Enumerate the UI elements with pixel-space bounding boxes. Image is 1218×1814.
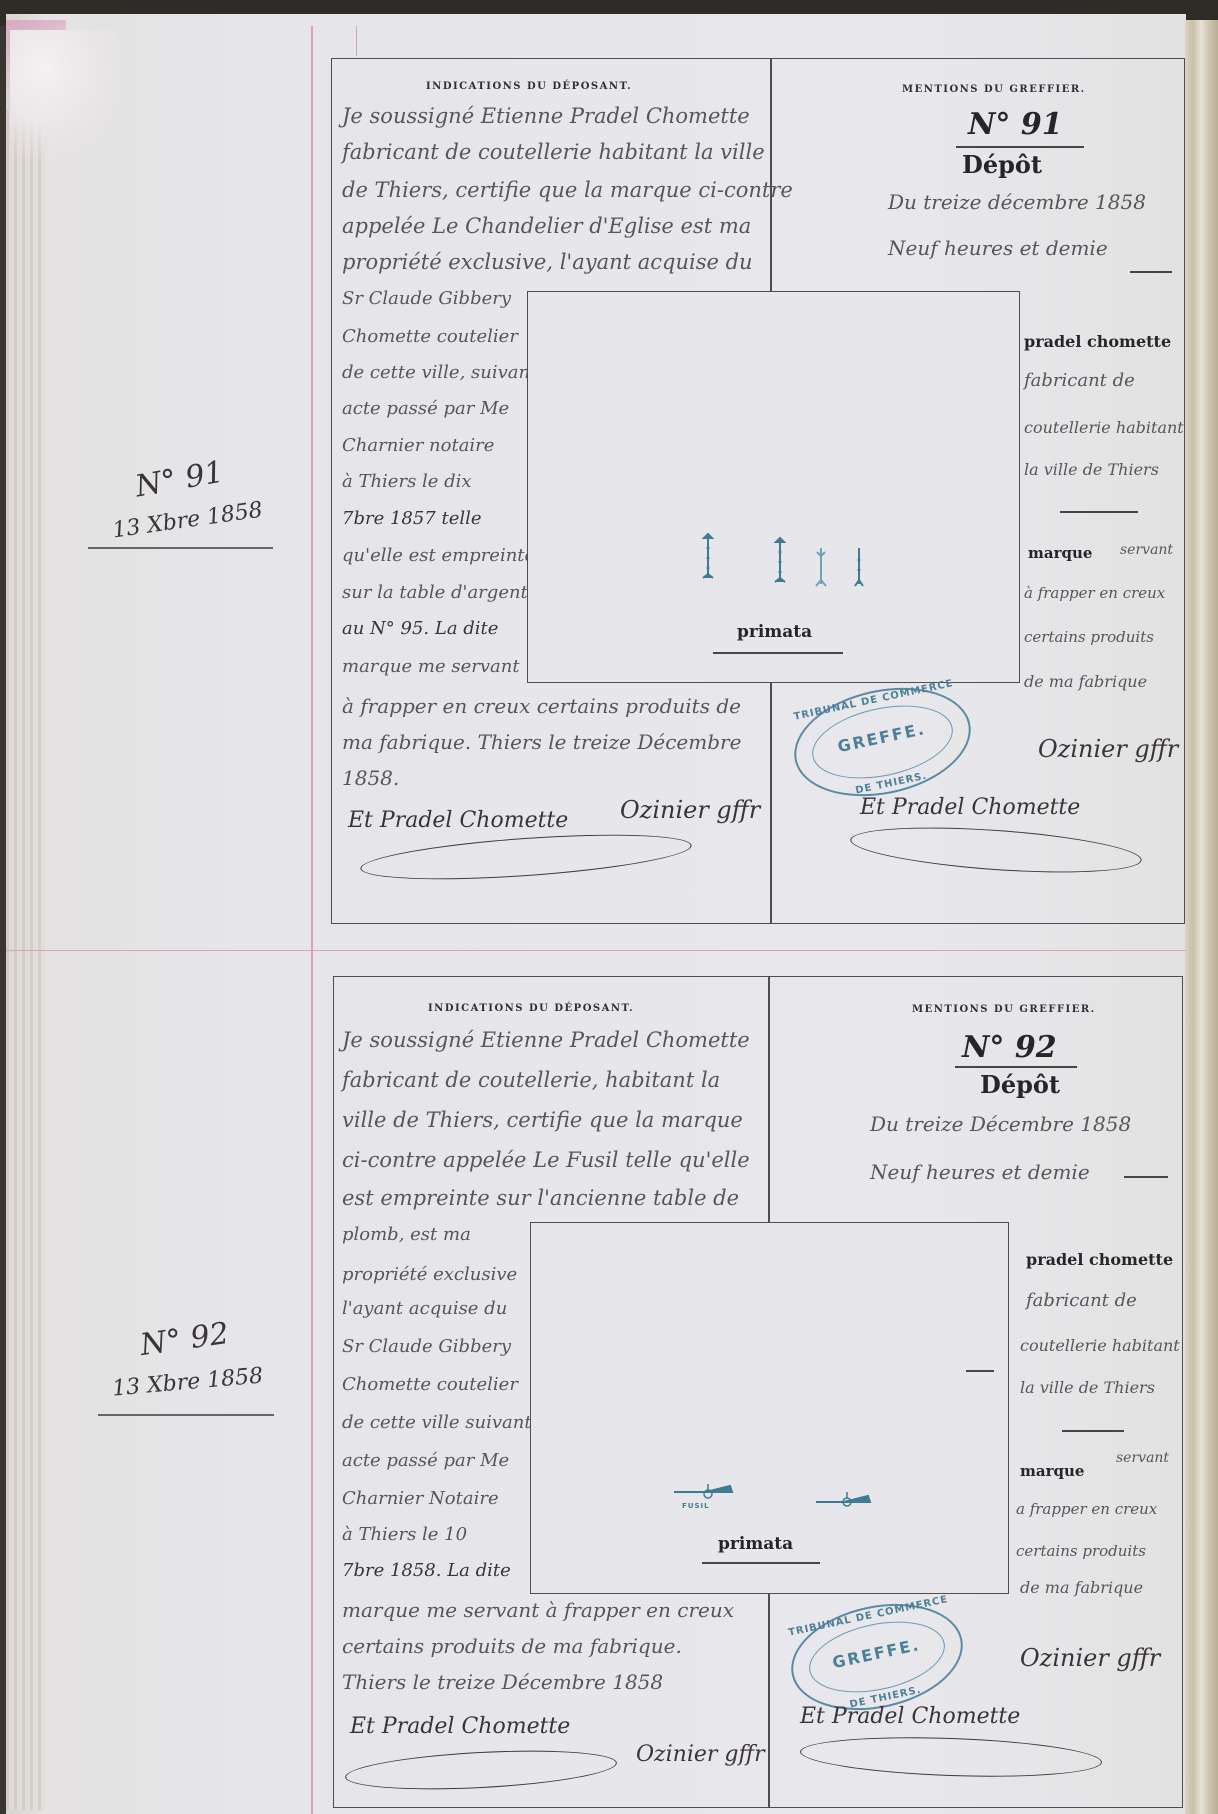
greffier-date-line: Du treize Décembre 1858 <box>870 1112 1131 1136</box>
depositant-line: fabricant de coutellerie habitant la vil… <box>342 140 765 164</box>
greffier-depositor-line: fabricant de <box>1024 370 1135 391</box>
margin-underline <box>88 547 273 549</box>
depositant-line: Sr Claude Gibbery <box>342 288 511 309</box>
greffier-header: MENTIONS DU GREFFIER. <box>902 84 1086 95</box>
depositant-line: Chomette coutelier <box>342 326 518 347</box>
greffier-depositor-line: coutellerie habitant <box>1020 1336 1180 1355</box>
depositant-line: à Thiers le 10 <box>342 1524 467 1545</box>
depositant-line: qu'elle est empreinte <box>342 545 535 566</box>
depositant-line: de Thiers, certifie que la marque ci-con… <box>342 178 793 202</box>
depositant-line: marque me servant <box>342 656 520 677</box>
greffier-depositor-line: fabricant de <box>1026 1290 1137 1311</box>
margin-rule-tick <box>356 26 357 56</box>
greffier-mark-label: marque <box>1020 1462 1084 1480</box>
page-edges-left <box>6 110 46 1810</box>
depositant-signature: Et Pradel Chomette <box>350 1714 570 1739</box>
greffier-depositor-line: coutellerie habitant <box>1024 418 1184 437</box>
depositant-header: INDICATIONS DU DÉPOSANT. <box>428 1003 634 1014</box>
depositant-line: Thiers le treize Décembre 1858 <box>342 1670 663 1694</box>
candlestick-mark-icon <box>700 532 716 582</box>
depositant-line: Je soussigné Etienne Pradel Chomette <box>342 1028 750 1052</box>
mark-name: primata <box>718 1534 793 1554</box>
greffier-mark-line: servant <box>1120 542 1173 558</box>
greffier-signature-left: Ozinier gffr <box>620 796 760 824</box>
depositant-line: est empreinte sur l'ancienne table de <box>342 1186 739 1210</box>
depositant-line: acte passé par Me <box>342 1450 509 1471</box>
depositant-line: Sr Claude Gibbery <box>342 1336 511 1357</box>
greffier-mark-line: a frapper en creux <box>1016 1500 1157 1518</box>
mark-caption: FUSIL <box>682 1502 710 1510</box>
depositant-line: 7bre 1857 telle <box>342 508 482 529</box>
depositant-line: ville de Thiers, certifie que la marque <box>342 1108 743 1132</box>
greffier-section-rule <box>1060 511 1138 513</box>
greffier-depositor-signature: Et Pradel Chomette <box>800 1704 1020 1729</box>
depositant-signature: Et Pradel Chomette <box>348 808 568 833</box>
depositant-line: propriété exclusive <box>342 1264 517 1285</box>
depositant-line: Je soussigné Etienne Pradel Chomette <box>342 104 750 128</box>
greffier-signature-left: Ozinier gffr <box>636 1742 765 1767</box>
depositant-line: de cette ville, suivant <box>342 362 537 383</box>
greffier-depositor-name: pradel chomette <box>1026 1250 1173 1269</box>
greffier-depositor-name: pradel chomette <box>1024 332 1171 351</box>
greffier-depositor-signature: Et Pradel Chomette <box>860 795 1080 820</box>
gun-mark-icon <box>814 1490 874 1508</box>
depositant-line: au N° 95. La dite <box>342 618 498 639</box>
margin-underline <box>98 1414 274 1416</box>
greffier-time-rule <box>1124 1176 1168 1178</box>
depositant-line: certains produits de ma fabrique. <box>342 1634 682 1658</box>
depositant-line: ma fabrique. Thiers le treize Décembre <box>342 730 741 754</box>
greffier-time-rule <box>1130 271 1172 273</box>
depositant-line: Chomette coutelier <box>342 1374 518 1395</box>
greffier-date-line: Du treize décembre 1858 <box>888 190 1146 214</box>
candlestick-mark-icon <box>852 546 866 588</box>
candlestick-mark-icon <box>813 546 829 588</box>
greffier-mark-label: marque <box>1028 544 1092 562</box>
depositant-line: sur la table d'argent <box>342 582 528 603</box>
gun-mark-icon <box>672 1482 736 1500</box>
depositant-line: acte passé par Me <box>342 398 509 419</box>
greffier-header: MENTIONS DU GREFFIER. <box>912 1004 1096 1015</box>
depositant-line: marque me servant à frapper en creux <box>342 1598 734 1622</box>
depositant-header: INDICATIONS DU DÉPOSANT. <box>426 81 632 92</box>
greffier-time-line: Neuf heures et demie <box>888 236 1108 260</box>
depositant-line: appelée Le Chandelier d'Eglise est ma <box>342 214 751 238</box>
greffier-signature: Ozinier gffr <box>1038 735 1178 763</box>
depositant-line: ci-contre appelée Le Fusil telle qu'elle <box>342 1148 750 1172</box>
candlestick-mark-icon <box>772 536 788 586</box>
depositant-line: fabricant de coutellerie, habitant la <box>342 1068 720 1092</box>
depositant-line: 7bre 1858. La dite <box>342 1560 511 1581</box>
greffier-section-rule <box>1062 1430 1124 1432</box>
depositant-line: l'ayant acquise du <box>342 1298 507 1319</box>
greffier-mark-line: à frapper en creux <box>1024 584 1165 602</box>
greffier-mark-line: certains produits <box>1016 1542 1146 1560</box>
mark-name-underline <box>702 1562 820 1564</box>
depositant-line: à Thiers le dix <box>342 471 472 492</box>
depositant-line: Charnier Notaire <box>342 1488 499 1509</box>
greffier-depot-title: Dépôt <box>962 150 1042 179</box>
depositant-line: à frapper en creux certains produits de <box>342 694 741 718</box>
greffier-number-rule <box>956 146 1084 148</box>
greffier-midline-tick <box>966 1370 994 1372</box>
greffier-mark-line: certains produits <box>1024 628 1154 646</box>
greffier-time-line: Neuf heures et demie <box>870 1160 1090 1184</box>
greffier-number-rule <box>955 1066 1077 1068</box>
book-binding-right <box>1185 20 1218 1814</box>
corner-stain <box>10 30 120 160</box>
mark-name: primata <box>737 622 812 642</box>
greffier-depositor-line: la ville de Thiers <box>1024 460 1159 479</box>
depositant-line: Charnier notaire <box>342 435 494 456</box>
mark-name-underline <box>713 652 843 654</box>
greffier-depot-title: Dépôt <box>980 1070 1060 1099</box>
greffier-mark-line: de ma fabrique <box>1020 1578 1143 1597</box>
greffier-signature: Ozinier gffr <box>1020 1644 1160 1672</box>
greffier-mark-line: de ma fabrique <box>1024 672 1147 691</box>
depositant-line: plomb, est ma <box>342 1224 471 1245</box>
greffier-depositor-line: la ville de Thiers <box>1020 1378 1155 1397</box>
greffier-mark-line: servant <box>1116 1450 1169 1466</box>
depositant-line: 1858. <box>342 766 399 790</box>
greffier-entry-number: N° 92 <box>962 1030 1057 1065</box>
depositant-line: de cette ville suivant <box>342 1412 532 1433</box>
entry-separator-rule <box>6 950 1186 951</box>
margin-rule-vertical <box>311 26 313 1814</box>
greffier-entry-number: N° 91 <box>968 107 1063 142</box>
depositant-line: propriété exclusive, l'ayant acquise du <box>342 250 753 274</box>
